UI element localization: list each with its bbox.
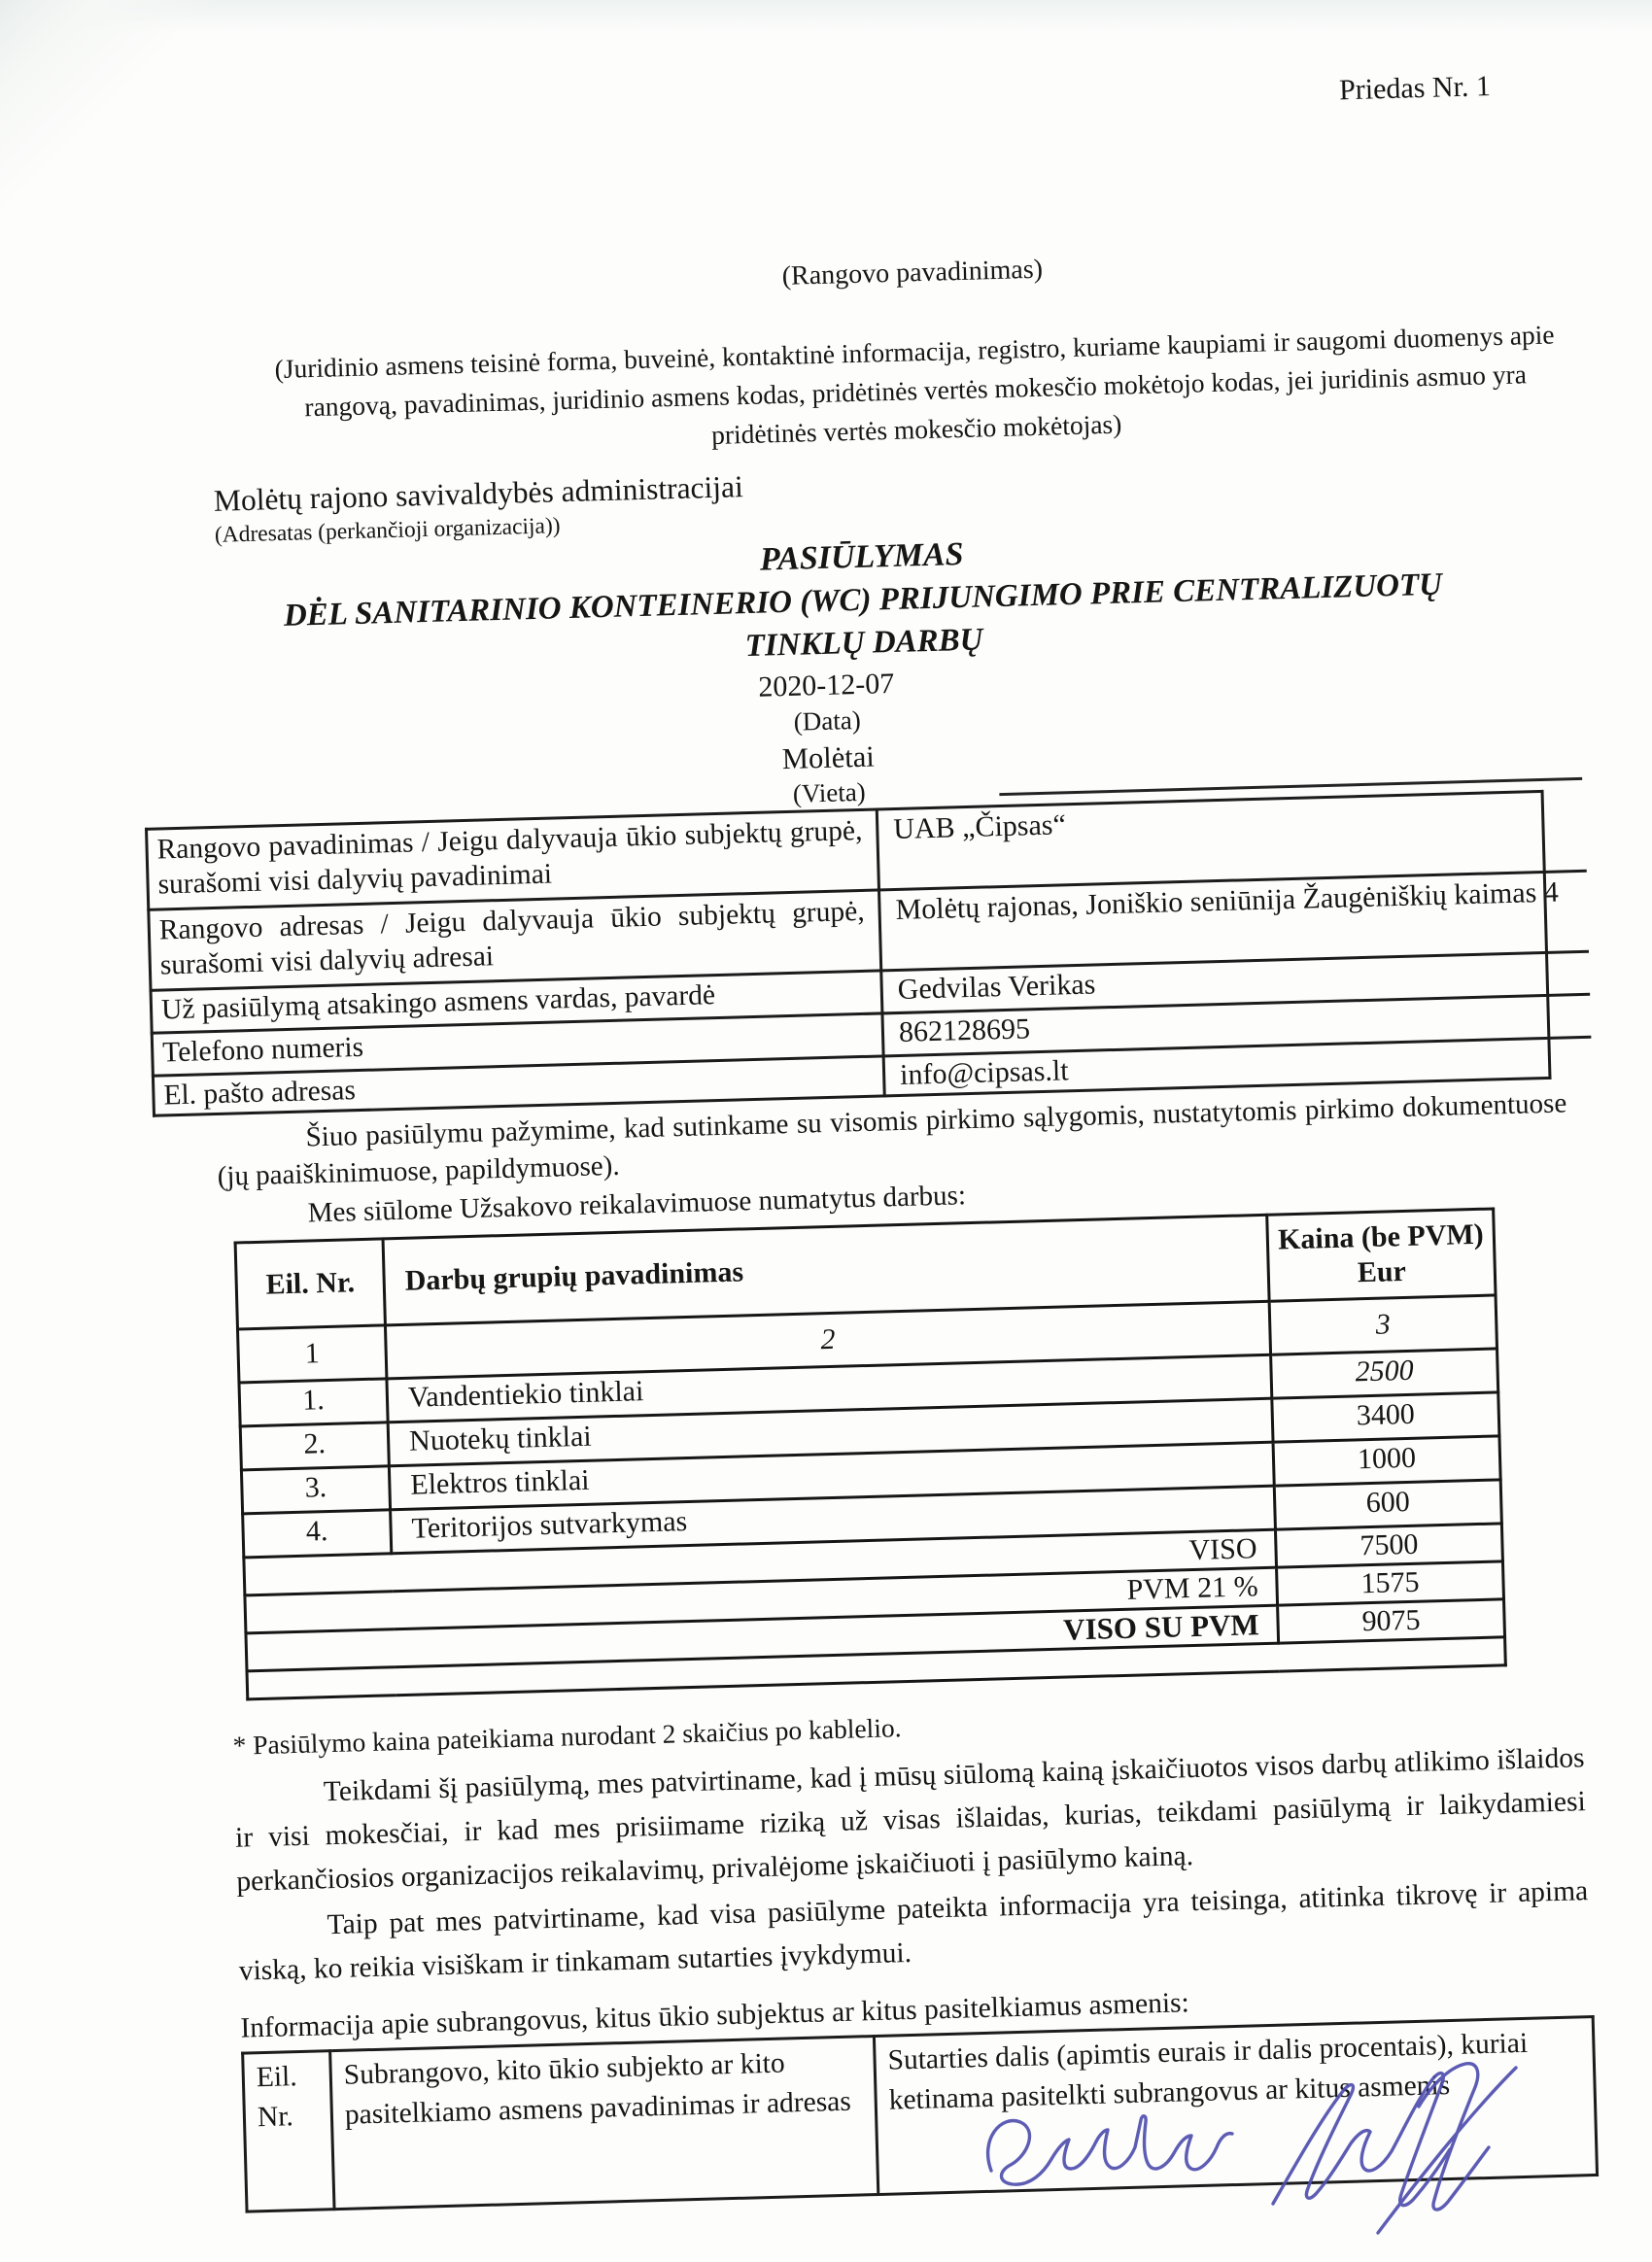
subc-col-nr: Eil. Nr. — [243, 2051, 334, 2211]
col-header-price: Kaina (be PVM) Eur — [1267, 1209, 1496, 1301]
work-nr: 4. — [243, 1510, 392, 1558]
col-number: 3 — [1269, 1295, 1497, 1354]
total-value: 7500 — [1275, 1524, 1502, 1567]
work-price: 600 — [1274, 1480, 1501, 1529]
document-content: Priedas Nr. 1 (Rangovo pavadinimas) (Jur… — [43, 62, 1615, 2216]
signature-stroke — [988, 2116, 1232, 2184]
grand-total-value: 9075 — [1278, 1599, 1505, 1643]
work-nr: 3. — [241, 1466, 390, 1514]
work-nr: 2. — [240, 1422, 389, 1470]
legal-form-note: (Juridinio asmens teisinė forma, buveinė… — [224, 314, 1607, 467]
col-number: 1 — [237, 1325, 386, 1383]
col-header-nr: Eil. Nr. — [235, 1239, 385, 1329]
signature-stroke — [1273, 2073, 1450, 2206]
contractor-name-caption: (Rangovo pavadinimas) — [223, 239, 1602, 307]
work-nr: 1. — [239, 1379, 388, 1426]
contractor-table: Rangovo pavadinimas / Jeigu dalyvauja ūk… — [145, 789, 1593, 1117]
work-price: 3400 — [1272, 1392, 1499, 1442]
handwritten-signature — [962, 2058, 1555, 2247]
annex-number: Priedas Nr. 1 — [43, 68, 1559, 142]
top-captions: (Rangovo pavadinimas) (Juridinio asmens … — [223, 239, 1607, 467]
work-price: 2500 — [1271, 1349, 1498, 1398]
subc-col-name: Subrangovo, kito ūkio subjekto ar kito p… — [330, 2037, 878, 2210]
signature-stroke — [1378, 2068, 1516, 2233]
scanned-page: Priedas Nr. 1 (Rangovo pavadinimas) (Jur… — [0, 0, 1652, 2262]
works-table: Eil. Nr. Darbų grupių pavadinimas Kaina … — [234, 1207, 1507, 1700]
vat-value: 1575 — [1277, 1561, 1504, 1605]
work-price: 1000 — [1273, 1436, 1500, 1486]
